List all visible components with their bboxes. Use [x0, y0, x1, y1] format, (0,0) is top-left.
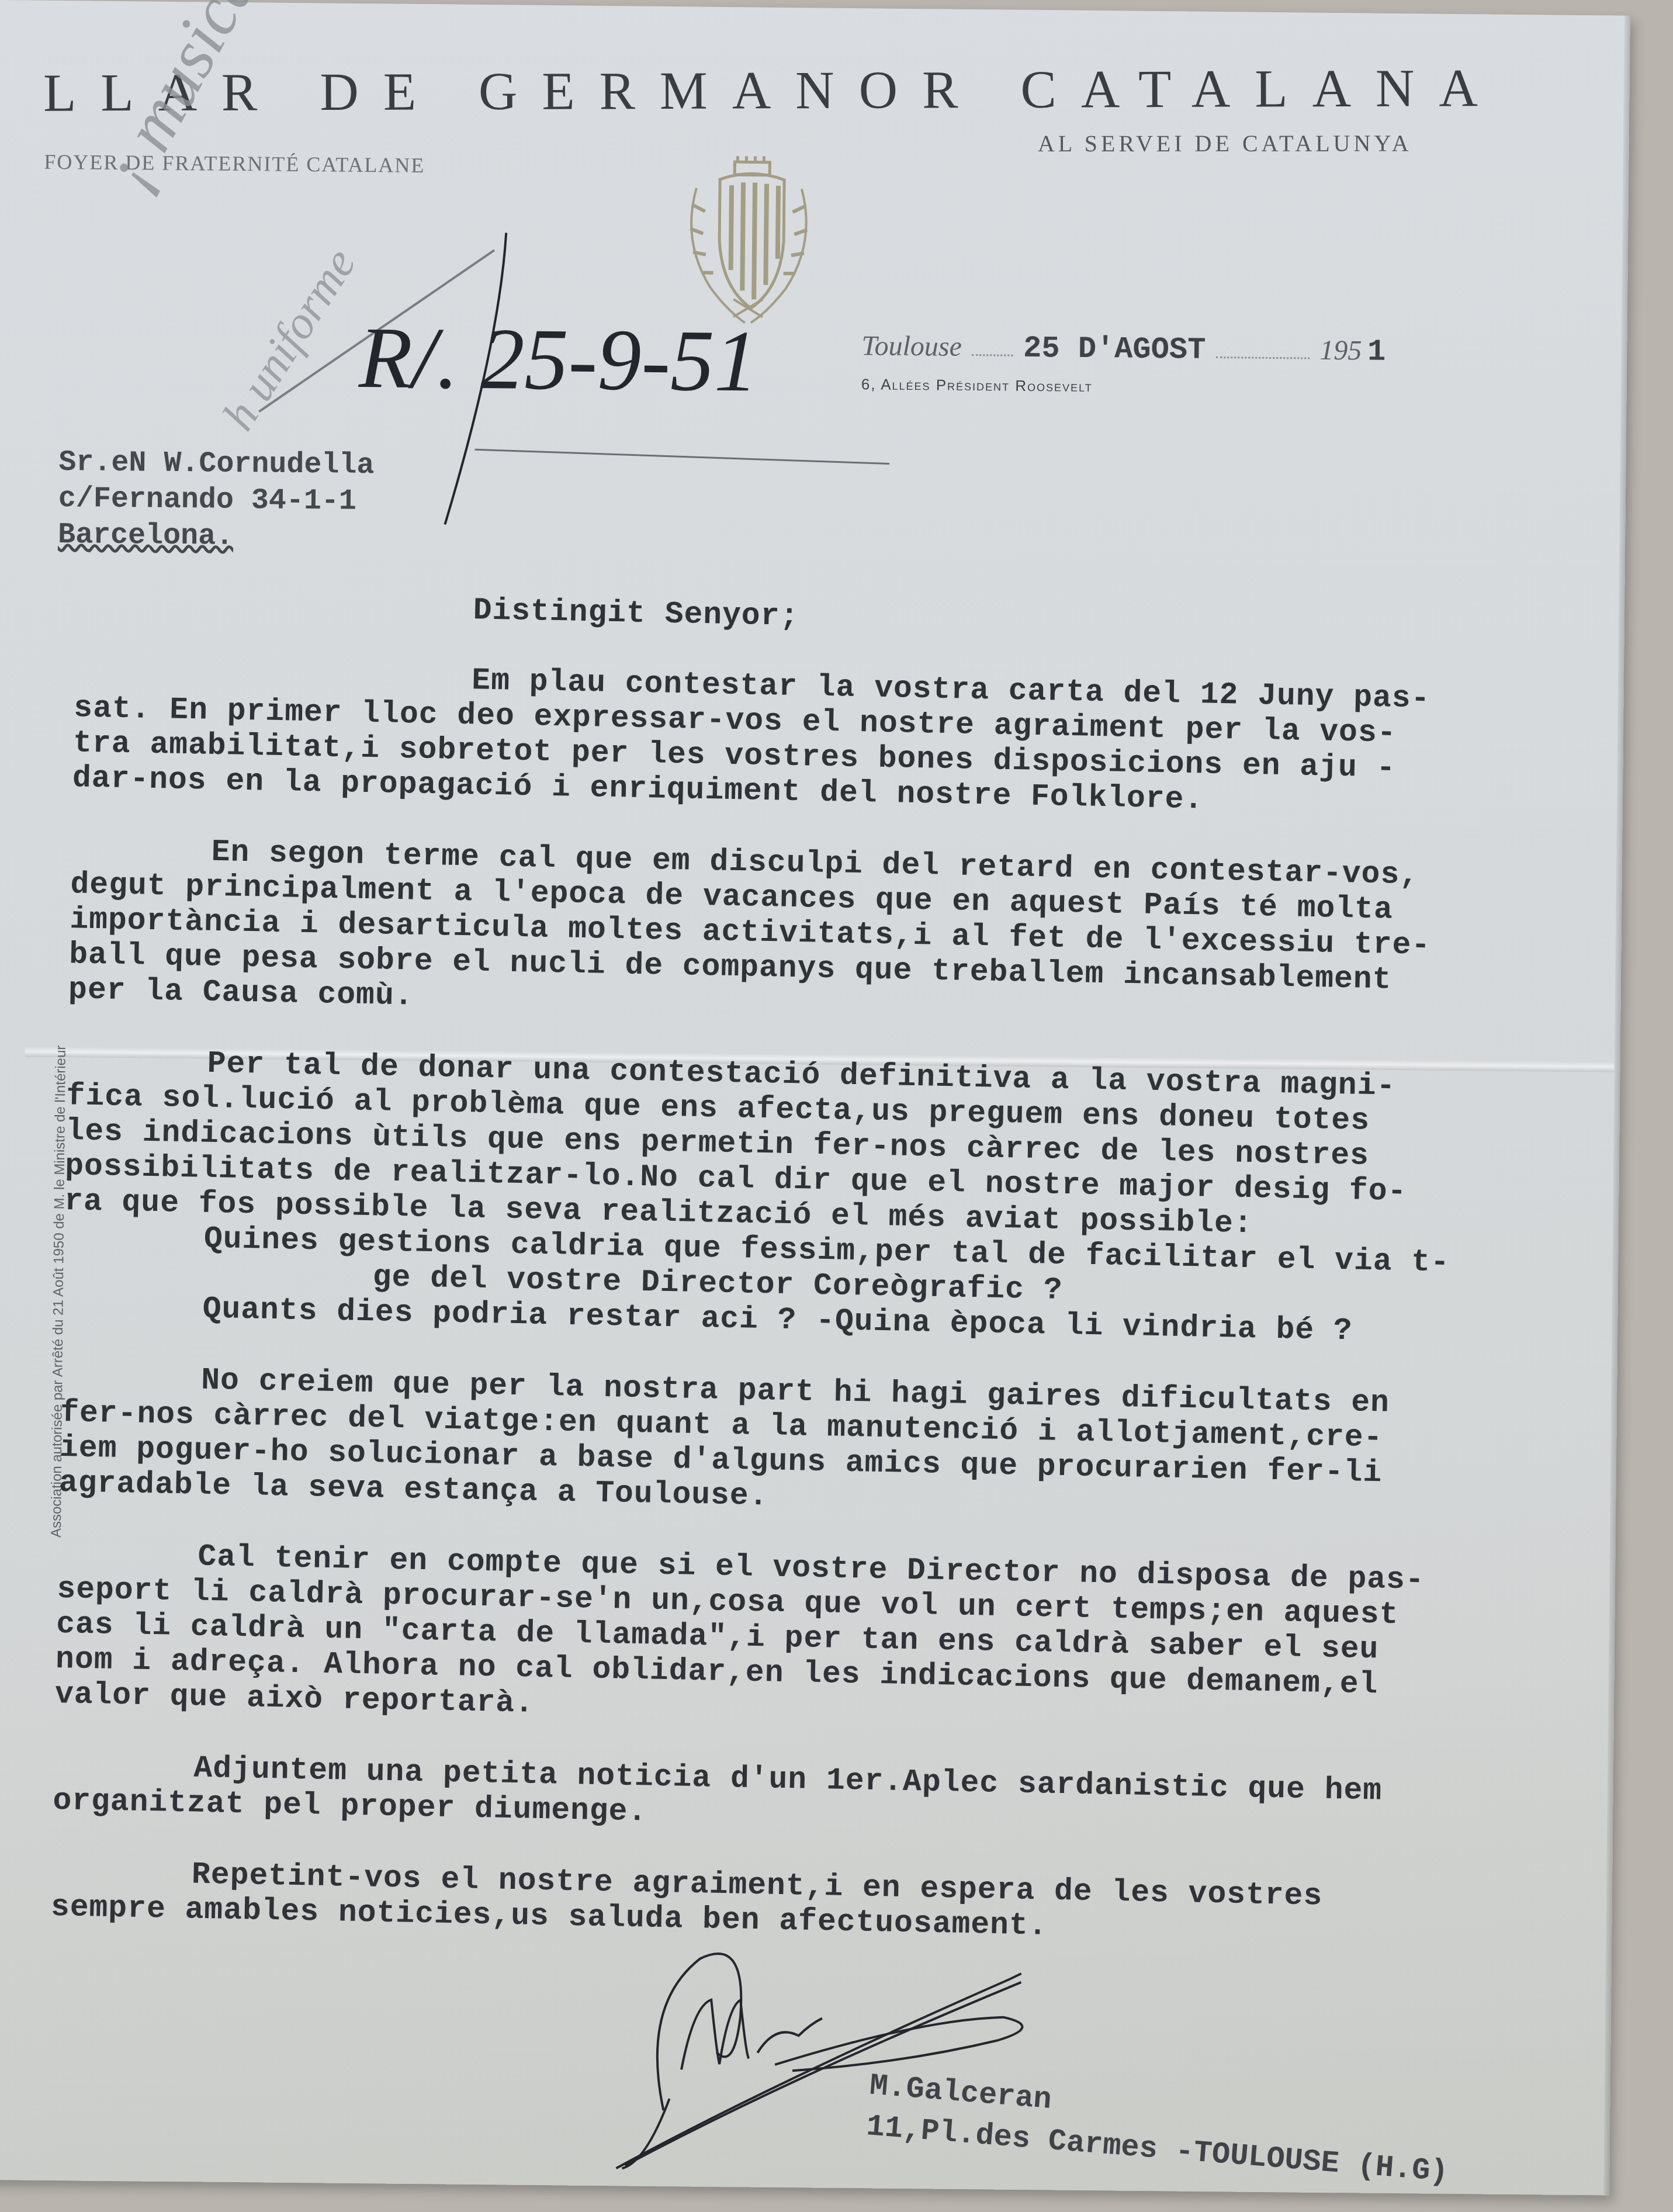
date-line: Toulouse 25 D'AGOST 195 1	[861, 330, 1385, 369]
recipient-street: c/Fernando 34-1-1	[58, 481, 375, 520]
date-year-suffix: 1	[1367, 334, 1386, 369]
date-dots	[1216, 356, 1310, 359]
date-dots	[972, 354, 1013, 356]
sender-address: 6, Allées Président Roosevelt	[861, 375, 1093, 396]
paragraph: Cal tenir en compte que si el vostre Dir…	[54, 1536, 1577, 1741]
catalan-coat-of-arms-icon	[669, 153, 829, 330]
salutation: Distingit Senyor;	[473, 593, 1595, 649]
paragraph: Em plau contestar la vostra carta del 12…	[72, 655, 1594, 825]
paragraph: No creiem que per la nostra part hi hagi…	[58, 1360, 1580, 1529]
recipient-city: Barcelona.	[58, 517, 374, 556]
recipient-block: Sr.eN W.Cornudellac/Fernando 34-1-1Barce…	[58, 445, 375, 556]
date-city: Toulouse	[861, 330, 962, 363]
paragraph: En segon terme cal que em disculpi del r…	[68, 832, 1591, 1036]
paragraph: Per tal de donar una contestació definit…	[62, 1043, 1587, 1353]
reply-underline	[475, 449, 890, 465]
letter-sheet: LLAR DE GERMANOR CATALANA FOYER DE FRATE…	[0, 0, 1630, 2196]
sheet-edge	[1603, 16, 1630, 2196]
date-day-month: 25 D'AGOST	[1023, 331, 1206, 368]
letterhead-motto: AL SERVEI DE CATALUNYA	[1038, 129, 1412, 157]
reply-date-annotation: R/. 25-9-51	[358, 307, 758, 412]
paragraph: Adjuntem una petita noticia d'un 1er.Apl…	[53, 1748, 1573, 1847]
ink-slash-line	[439, 226, 512, 531]
date-year-prefix: 195	[1319, 334, 1362, 367]
letterhead-title: LLAR DE GERMANOR CATALANA	[43, 57, 1502, 124]
recipient-name: Sr.eN W.Cornudella	[58, 445, 375, 484]
letter-body: Distingit Senyor; Em plau contestar la v…	[50, 585, 1595, 1989]
